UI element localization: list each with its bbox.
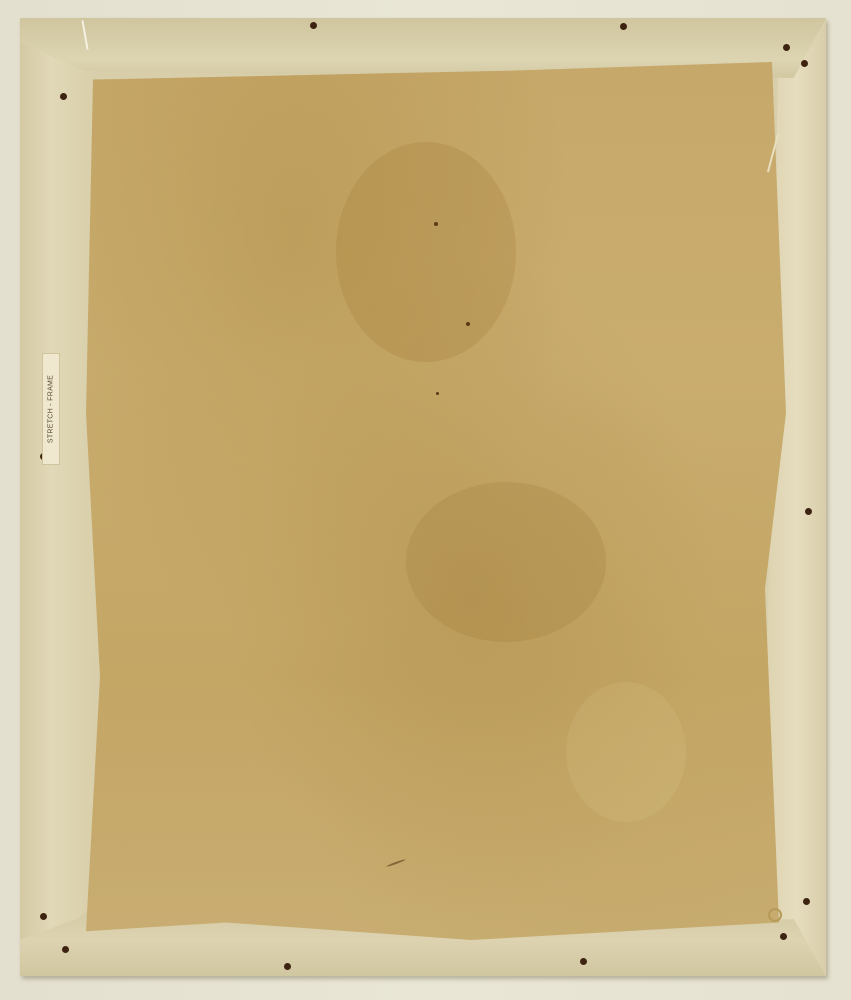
tack bbox=[62, 946, 69, 953]
tack bbox=[310, 22, 317, 29]
stretcher-label: STRETCH - FRAME bbox=[42, 353, 60, 465]
tack bbox=[803, 898, 810, 905]
speck bbox=[386, 859, 405, 868]
canvas-back bbox=[86, 62, 786, 940]
tack bbox=[620, 23, 627, 30]
stain bbox=[336, 142, 516, 362]
tack bbox=[780, 933, 787, 940]
tack bbox=[284, 963, 291, 970]
stain bbox=[566, 682, 686, 822]
speck bbox=[434, 222, 438, 226]
speck bbox=[466, 322, 470, 326]
stain bbox=[406, 482, 606, 642]
screw-eye bbox=[768, 908, 782, 922]
speck bbox=[436, 392, 439, 395]
stretcher-label-text: STRETCH - FRAME bbox=[48, 375, 55, 443]
tack bbox=[783, 44, 790, 51]
stretcher-frame: STRETCH - FRAME bbox=[20, 18, 826, 976]
tack bbox=[805, 508, 812, 515]
canvas-fold-left bbox=[20, 18, 98, 976]
tack bbox=[801, 60, 808, 67]
tack bbox=[40, 913, 47, 920]
tack bbox=[60, 93, 67, 100]
tack bbox=[580, 958, 587, 965]
